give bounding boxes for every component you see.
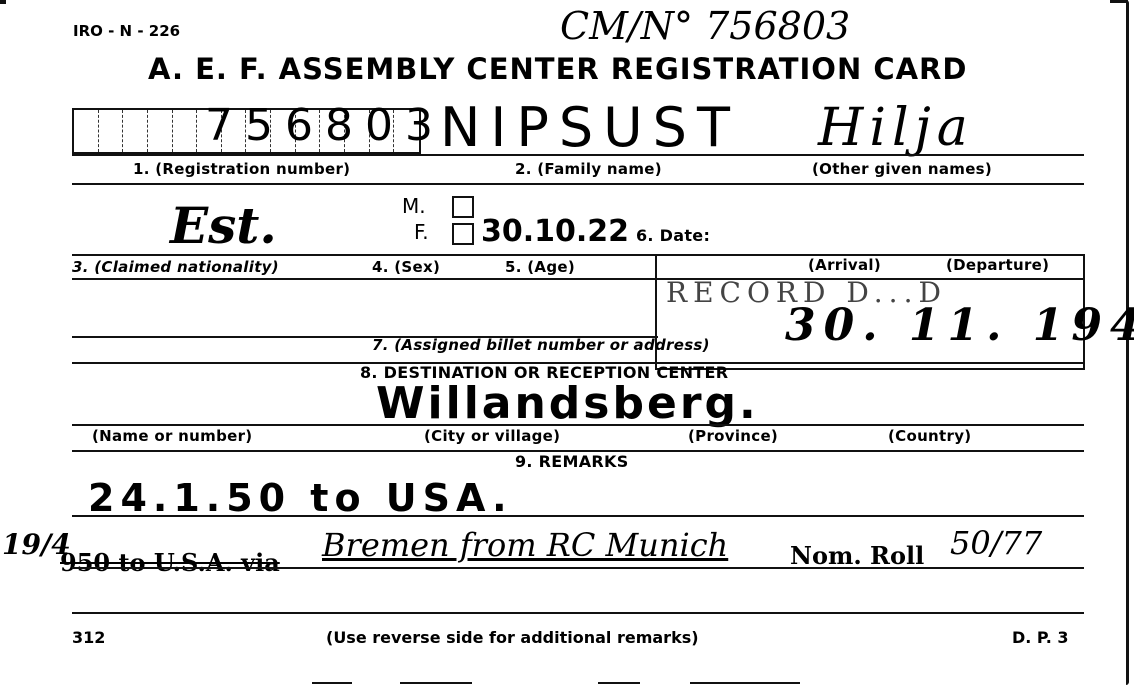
arrival-label: (Arrival) xyxy=(808,256,881,274)
rule-row2-bottom xyxy=(72,278,658,280)
footer-instruction: (Use reverse side for additional remarks… xyxy=(326,628,699,647)
destination-city-value: Willandsberg. xyxy=(376,378,759,429)
sex-checkbox-f[interactable] xyxy=(452,223,474,245)
footer-dp-code: D. P. 3 xyxy=(1012,628,1069,647)
destination-city-label: (City or village) xyxy=(424,427,560,445)
family-name-label: 2. (Family name) xyxy=(515,160,662,178)
rule-remarks-2 xyxy=(72,567,1084,569)
destination-province-label: (Province) xyxy=(688,427,778,445)
registration-number-label: 1. (Registration number) xyxy=(133,160,350,178)
destination-name-label: (Name or number) xyxy=(92,427,252,445)
rule-destination-top xyxy=(72,424,1084,426)
rule-remarks-1 xyxy=(72,515,1084,517)
remarks-line2-typed: 950 to U.S.A. via xyxy=(60,548,280,577)
remarks-label: 9. REMARKS xyxy=(515,452,629,471)
nom-roll-value: 50/77 xyxy=(950,524,1042,562)
date-label: 6. Date: xyxy=(636,226,710,245)
age-value: 30.10.22 xyxy=(481,214,629,249)
given-names-label: (Other given names) xyxy=(812,160,992,178)
nationality-label: 3. (Claimed nationality) xyxy=(72,258,279,276)
age-label: 5. (Age) xyxy=(505,258,575,276)
destination-country-label: (Country) xyxy=(888,427,971,445)
bottom-edge-mark-4 xyxy=(690,682,800,684)
registration-number-value: 756803 xyxy=(205,100,445,151)
rule-row1-bottom xyxy=(72,183,1084,185)
departure-label: (Departure) xyxy=(946,256,1049,274)
remarks-line2-handwritten: Bremen from RC Munich xyxy=(322,526,728,564)
nationality-value: Est. xyxy=(170,196,277,255)
billet-label: 7. (Assigned billet number or address) xyxy=(372,336,710,354)
sex-checkbox-m[interactable] xyxy=(452,196,474,218)
sex-option-f-label: F. xyxy=(414,220,429,244)
rule-remarks-3 xyxy=(72,612,1084,614)
form-code: IRO - N - 226 xyxy=(73,22,180,40)
bottom-edge-mark-3 xyxy=(598,682,640,684)
bottom-edge-mark-1 xyxy=(312,682,352,684)
given-names-value: Hilja xyxy=(818,98,974,158)
nom-roll-label: Nom. Roll xyxy=(790,541,924,570)
card-title: A. E. F. ASSEMBLY CENTER REGISTRATION CA… xyxy=(148,52,967,86)
registration-card: IRO - N - 226 CM/N° 756803 A. E. F. ASSE… xyxy=(0,0,1134,685)
card-corner-mark xyxy=(0,0,6,4)
handwritten-case-number: CM/N° 756803 xyxy=(560,4,850,48)
stamp-date-value: 30. 11. 1946 xyxy=(785,300,1134,351)
remarks-line1: 24.1.50 to USA. xyxy=(88,476,513,520)
bottom-edge-mark-2 xyxy=(400,682,472,684)
sex-option-m-label: M. xyxy=(402,194,426,218)
family-name-value: NIPSUST xyxy=(440,96,740,159)
sex-label: 4. (Sex) xyxy=(372,258,440,276)
rule-row1-top xyxy=(72,154,1084,156)
footer-form-number: 312 xyxy=(72,628,105,647)
